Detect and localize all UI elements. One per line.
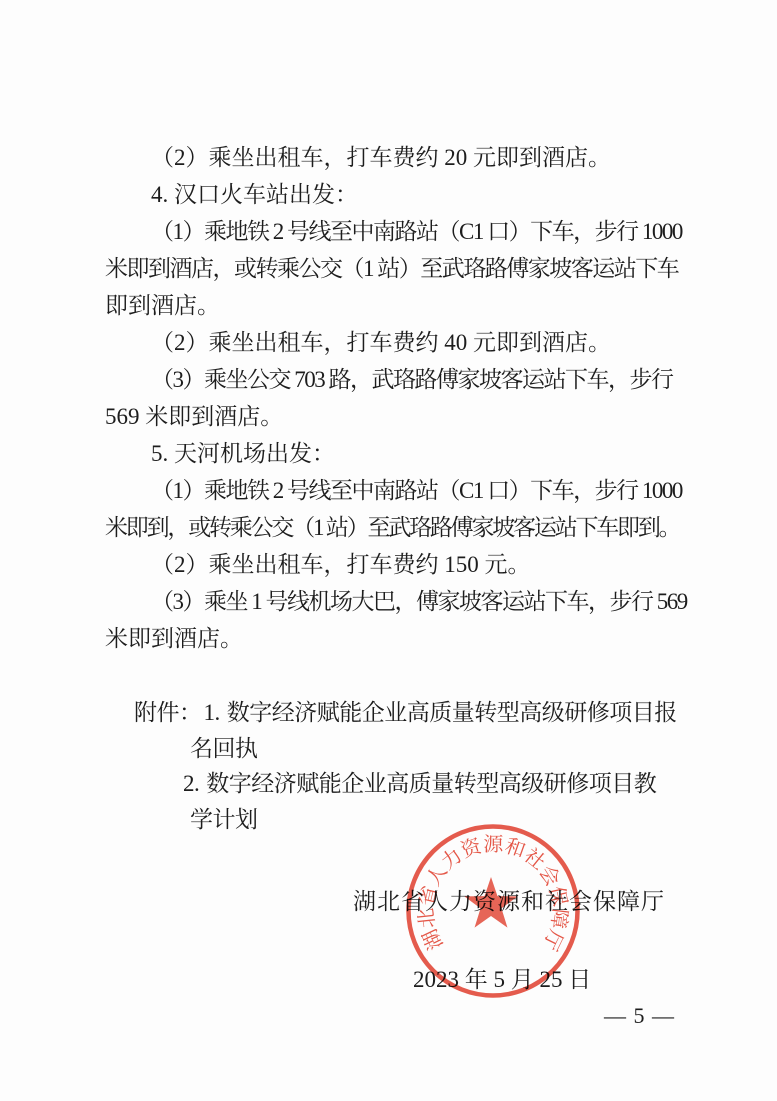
attachment-label: 附件：	[134, 700, 204, 725]
page-number: — 5 —	[604, 1003, 675, 1029]
body-line: （3）乘坐 1 号线机场大巴，傅家坡客运站下车，步行 569	[105, 583, 673, 620]
body-line: （2）乘坐出租车，打车费约 40 元即到酒店。	[105, 324, 673, 361]
attachment-item-title: 数字经济赋能企业高质量转型高级研修项目教	[206, 771, 656, 796]
body-line: （2）乘坐出租车，打车费约 20 元即到酒店。	[105, 139, 673, 176]
attachment-item-number: 1.	[204, 700, 227, 725]
issuer-signature: 湖北省人力资源和社会保障厅	[353, 883, 665, 916]
body-line: 米即到，或转乘公交（1 站）至武珞路傅家坡客运站下车即到。	[105, 509, 673, 546]
body-text: （2）乘坐出租车，打车费约 20 元即到酒店。 4. 汉口火车站出发： （1）乘…	[105, 139, 673, 657]
body-line: 5. 天河机场出发：	[105, 435, 673, 472]
attachment-item: 附件：1.数字经济赋能企业高质量转型高级研修项目报	[134, 695, 694, 731]
body-line: 即到酒店。	[105, 287, 673, 324]
body-line: （3）乘坐公交 703 路，武珞路傅家坡客运站下车，步行	[105, 361, 673, 398]
attachment-item: 2.数字经济赋能企业高质量转型高级研修项目教	[134, 766, 694, 802]
attachment-item-continuation: 学计划	[134, 802, 694, 838]
attachment-item-continuation: 名回执	[134, 731, 694, 767]
issue-date: 2023 年 5 月 25 日	[413, 961, 591, 994]
body-line: 米即到酒店，或转乘公交（1 站）至武珞路傅家坡客运站下车	[105, 250, 673, 287]
body-line: （1）乘地铁 2 号线至中南路站（C1 口）下车，步行 1000	[105, 213, 673, 250]
attachment-item-number: 2.	[183, 771, 206, 796]
body-line: （2）乘坐出租车，打车费约 150 元。	[105, 546, 673, 583]
body-line: 4. 汉口火车站出发：	[105, 176, 673, 213]
attachment-list: 附件：1.数字经济赋能企业高质量转型高级研修项目报 名回执 2.数字经济赋能企业…	[134, 695, 694, 838]
body-line: 569 米即到酒店。	[105, 398, 673, 435]
body-line: （1）乘地铁 2 号线至中南路站（C1 口）下车，步行 1000	[105, 472, 673, 509]
document-page: （2）乘坐出租车，打车费约 20 元即到酒店。 4. 汉口火车站出发： （1）乘…	[0, 0, 777, 1101]
attachment-item-title: 数字经济赋能企业高质量转型高级研修项目报	[227, 700, 677, 725]
body-line: 米即到酒店。	[105, 620, 673, 657]
